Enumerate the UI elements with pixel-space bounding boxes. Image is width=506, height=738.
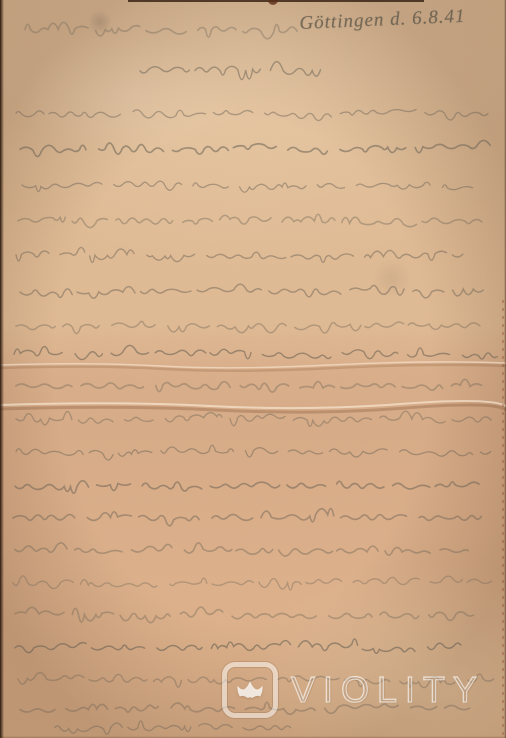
- paper-perforation: [502, 300, 504, 738]
- aged-paper: Göttingen d. 6.8.41 VIOLITY: [0, 0, 506, 738]
- photo-edge-left: [0, 0, 4, 738]
- crown-badge: [222, 662, 278, 718]
- handwriting-layer: [0, 0, 506, 738]
- watermark-text: VIOLITY: [291, 669, 485, 711]
- violity-watermark: VIOLITY: [222, 662, 485, 718]
- paper-grain: [0, 0, 506, 738]
- crown-icon: [235, 678, 265, 702]
- scanned-letter-photo: Göttingen d. 6.8.41 VIOLITY: [0, 0, 506, 738]
